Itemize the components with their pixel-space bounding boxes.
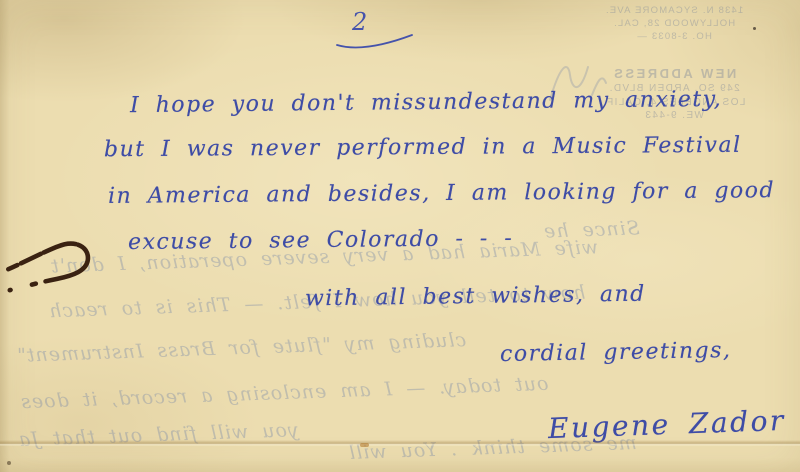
handwritten-closing-line: with all best wishes, and [305,282,646,312]
ink-speck [753,27,756,30]
handwritten-line: excuse to see Colorado - - - [128,226,513,255]
letterhead-old-address-line: HOLLYWOOD 28, CAL. [574,17,774,30]
fold-crease [0,440,800,446]
handwritten-line: but I was never performed in a Music Fes… [104,133,742,162]
bleedthrough-line: you will find out that Ja [18,419,299,451]
letterhead-old-address-line: 1438 N. SYCAMORE AVE. [574,4,774,17]
signature: Eugene Zador [547,404,786,445]
bleedthrough-line: out today. — I am enclosing a record, it… [20,373,549,413]
page-number-underline [334,32,418,52]
handwritten-line: in America and besides, I am looking for… [108,178,775,209]
letter-page: 1438 N. SYCAMORE AVE. HOLLYWOOD 28, CAL.… [0,0,800,472]
dark-speck [7,461,11,465]
letterhead-old-phone: HO. 3-8033 — [574,30,774,43]
handwritten-closing-line: cordial greetings, [500,338,732,367]
paperclip-rust-mark [0,226,108,299]
rust-speck [360,443,369,447]
bleedthrough-line: cluding my "flute for Brass Instrument" [16,329,467,367]
